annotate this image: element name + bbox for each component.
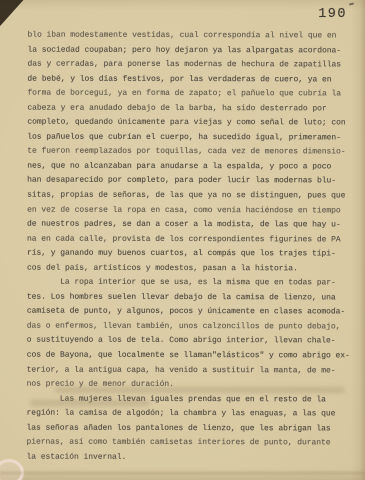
text-line: tes. Los hombres suelen llevar debajo de… xyxy=(27,290,352,305)
text-line: cabeza y era anudado debajo de la barba,… xyxy=(27,101,352,116)
text-line: en vez de coserse la ropa en casa, como … xyxy=(27,203,352,218)
text-line: sitas, propias de señoras, de las que ya… xyxy=(27,189,352,204)
text-line: blo iban modestamente vestidas, cual cor… xyxy=(28,29,353,44)
text-line: te fueron reemplazados por toquillas, ca… xyxy=(27,145,352,160)
stamp-ring-mark xyxy=(0,459,24,480)
bleed-through-smudge xyxy=(55,387,345,393)
text-line: nes, que no alcanzaban para anudarse a l… xyxy=(27,159,352,174)
text-line: terior, a la antigua capa, ha venido a s… xyxy=(27,363,352,378)
page-number: 190 xyxy=(318,7,347,22)
text-line: las señoras añaden los pantalones de lie… xyxy=(27,421,352,436)
text-line: los pañuelos que cubrían el cuerpo, ha s… xyxy=(27,130,352,145)
scanned-page: 190 blo iban modestamente vestidas, cual… xyxy=(0,0,365,480)
text-line: o sustituyendo a los de tela. Como abrig… xyxy=(27,334,352,349)
bleed-through-smudge xyxy=(30,400,150,406)
text-line: das y cerradas, para ponerse las moderna… xyxy=(27,58,352,73)
text-line: na en cada calle, provista de los corres… xyxy=(27,232,352,247)
text-line: región: la camisa de algodón; la chambra… xyxy=(27,407,352,422)
text-line: cos del país, artísticos y modestos, pas… xyxy=(27,261,352,276)
text-line: das o enfermos, llevan también, unos cal… xyxy=(27,320,352,335)
text-line: La ropa interior que se usa, es la misma… xyxy=(27,276,352,291)
bottom-crease xyxy=(0,472,365,474)
text-line: la estación invernal. xyxy=(26,450,351,465)
text-line: piernas, así como también camisetas inte… xyxy=(26,436,351,451)
text-line: camiseta de punto, y algunos, pocos y ún… xyxy=(27,305,352,320)
text-line: forma de borceguí, ya en forma de zapato… xyxy=(27,87,352,102)
text-line: han desaparecido por completo, para pode… xyxy=(27,174,352,189)
text-line: de bebé, y los días festivos, por las ve… xyxy=(27,72,352,87)
text-line: de nuestros padres, se dan a coser a la … xyxy=(27,218,352,233)
text-line: completo, quedando únicamente para vieja… xyxy=(27,116,352,131)
text-line: rís, y ganando muy buenos cuartos, al co… xyxy=(27,247,352,262)
pencil-smudge-mark xyxy=(349,3,354,6)
text-line: cos de Bayona, que localmente se llaman"… xyxy=(27,349,352,364)
text-line: la sociedad coupaban; pero hoy dejaron y… xyxy=(27,43,352,58)
